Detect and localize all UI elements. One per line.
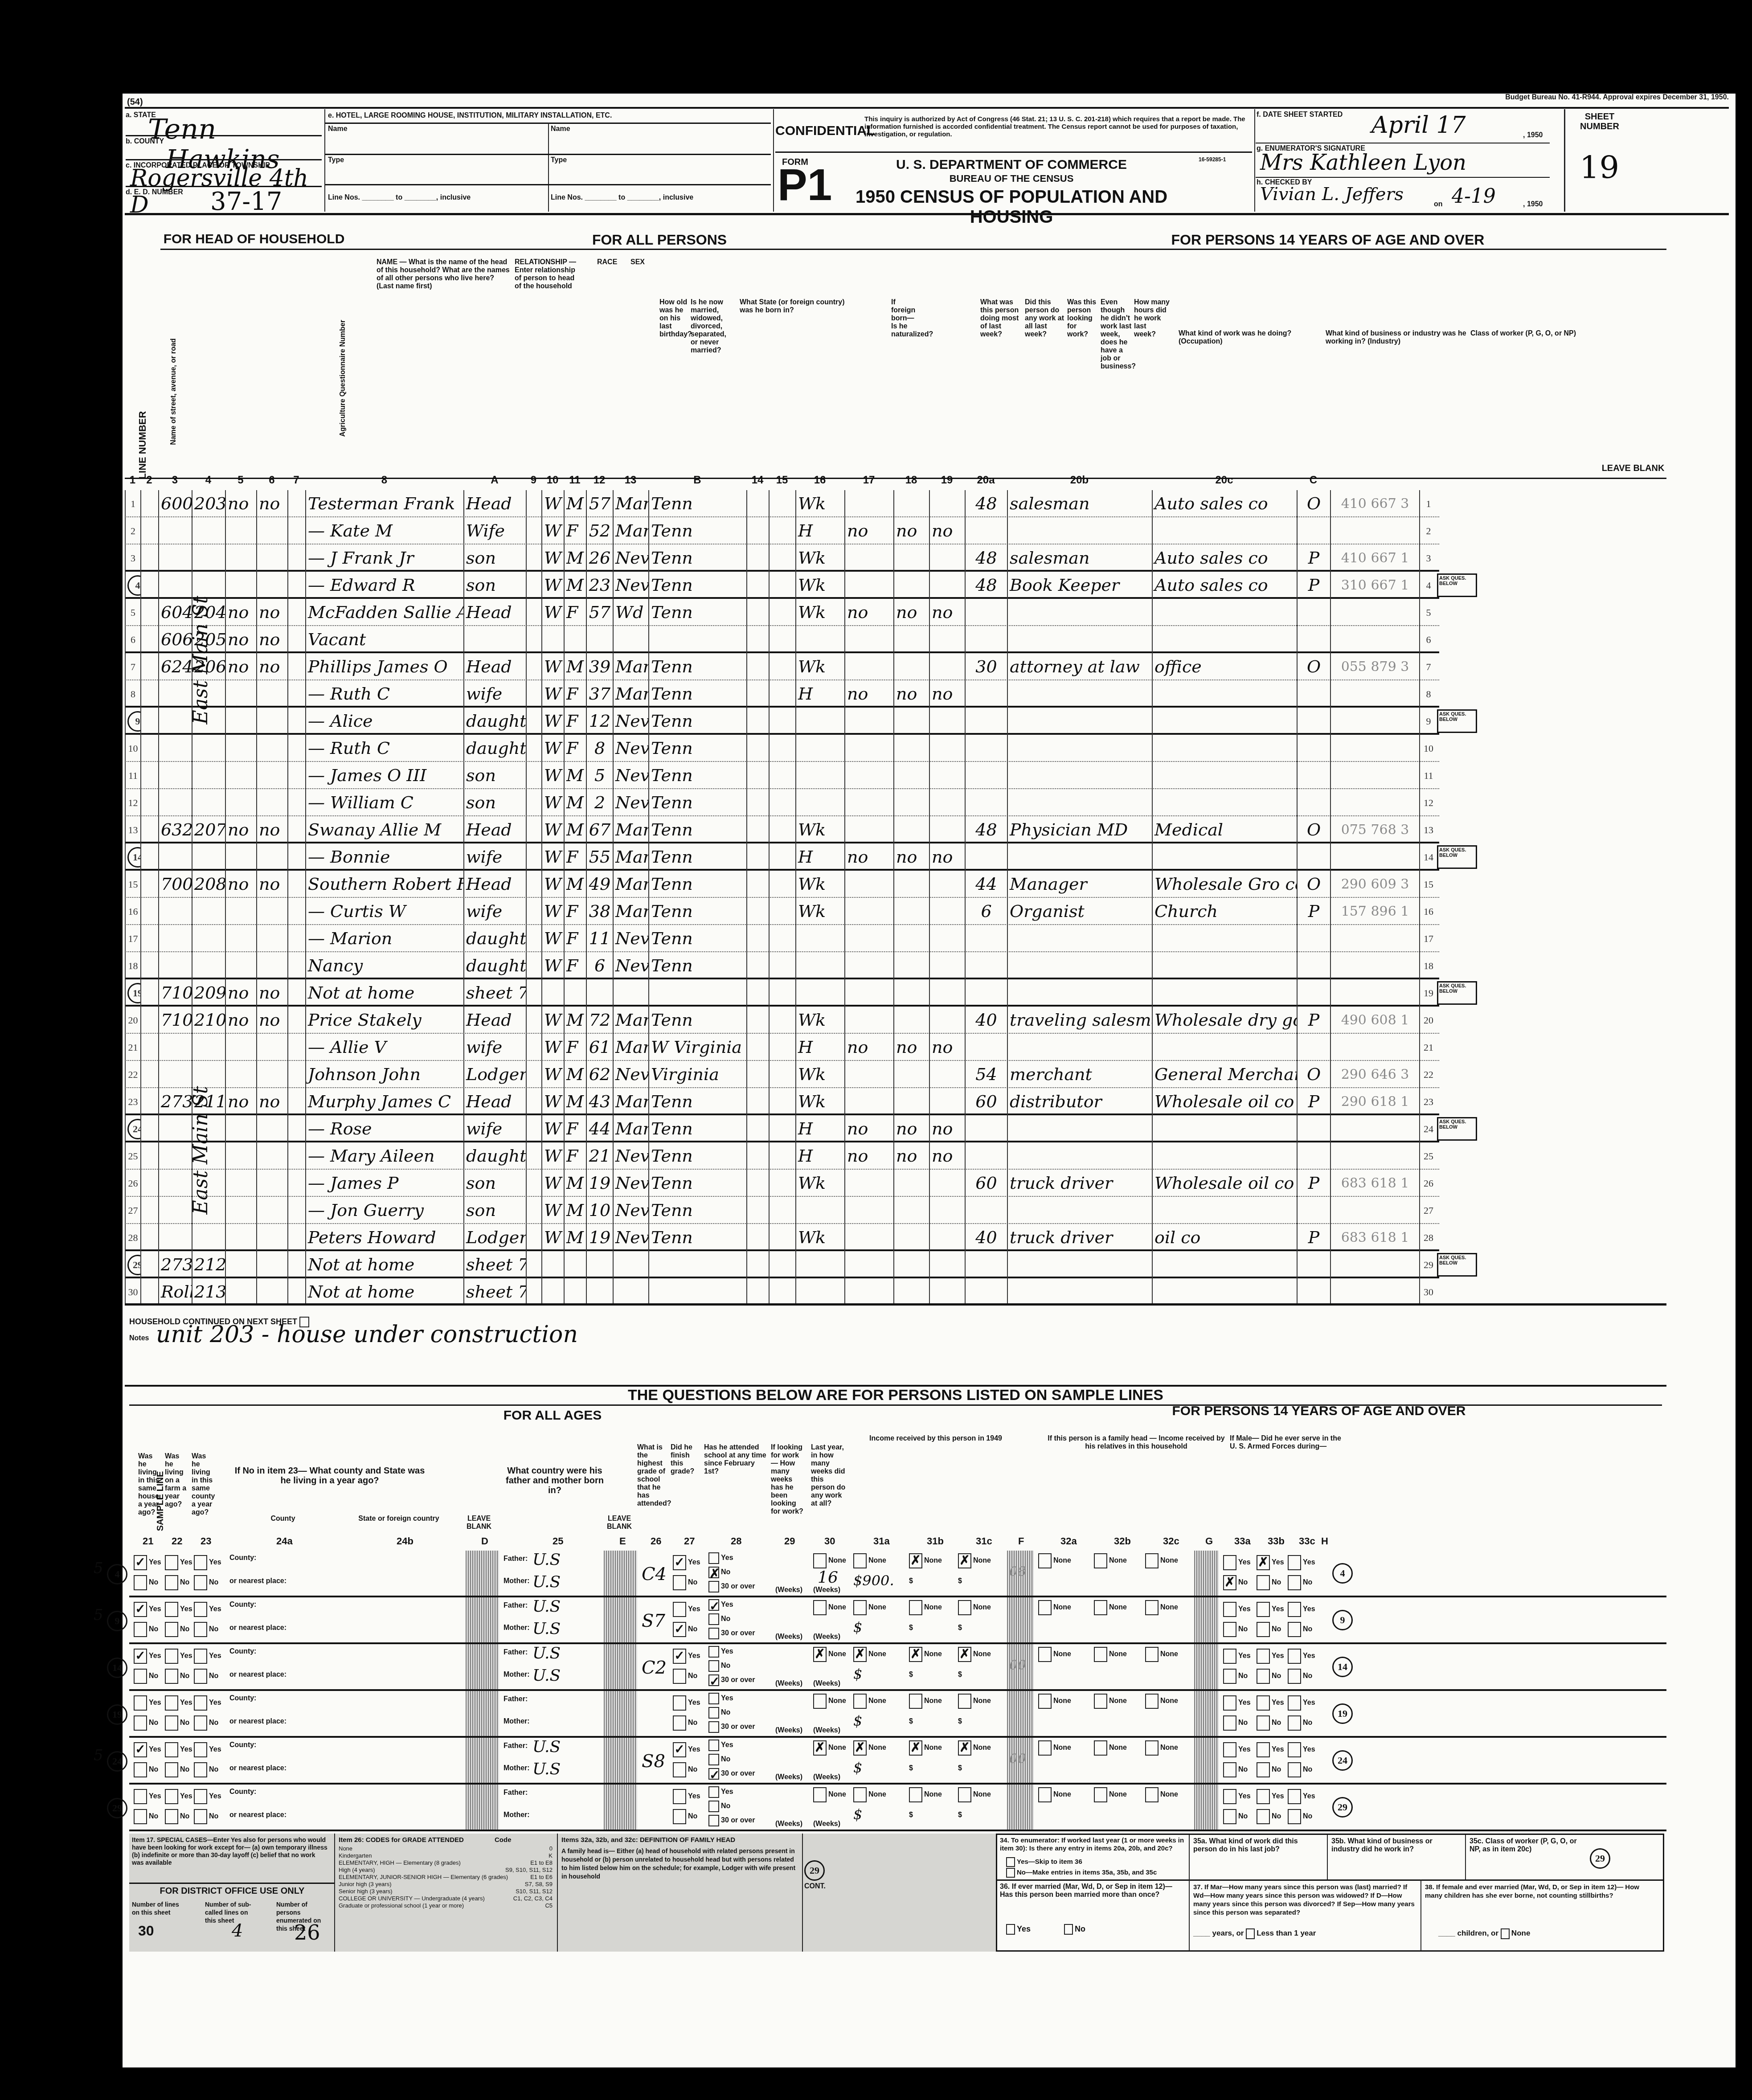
q33a-no[interactable]: ✗No [1223, 1575, 1248, 1590]
q28-yes[interactable]: Yes [708, 1693, 733, 1704]
col-17-label: Was this person looking for work? [1067, 299, 1098, 339]
cell-serial [192, 735, 225, 762]
cell-street [140, 898, 158, 925]
institution-type-label-1: Type [328, 156, 344, 164]
cell-c16 [844, 979, 893, 1007]
q27-no[interactable]: No [673, 1762, 697, 1777]
q21-yes[interactable]: Yes [134, 1695, 161, 1711]
sample-line-number-right: 29 [1332, 1797, 1353, 1818]
q32c-none[interactable]: None [1145, 1740, 1178, 1756]
q33a-yes[interactable]: Yes [1223, 1789, 1251, 1804]
q28-no[interactable]: No [708, 1707, 730, 1719]
q22-no[interactable]: No [165, 1669, 189, 1684]
cell-industry: office [1152, 653, 1297, 680]
q30-none[interactable]: ✗None [813, 1740, 846, 1756]
cell-street [140, 544, 158, 572]
q33c-no[interactable]: No [1288, 1715, 1312, 1731]
q31a-none[interactable]: None [853, 1787, 886, 1802]
q21-yes[interactable]: ✓Yes [134, 1602, 161, 1617]
q33c-yes[interactable]: Yes [1288, 1695, 1315, 1711]
cell-line: 14 [125, 843, 140, 871]
cell-agri [287, 1142, 305, 1170]
q28-yes[interactable]: ✓Yes [708, 1599, 733, 1611]
group-head-of-household: FOR HEAD OF HOUSEHOLD [160, 232, 348, 247]
q31a-none[interactable]: ✗None [853, 1740, 886, 1756]
cell-c16 [844, 1224, 893, 1251]
q27-yes[interactable]: Yes [673, 1789, 700, 1804]
sample-column-number: 23 [201, 1535, 211, 1547]
col-7-label: NAME — What is the name of the head of t… [377, 258, 510, 291]
q27-yes[interactable]: ✓Yes [673, 1649, 700, 1664]
cell-lnum2: 15 [1419, 871, 1437, 898]
q33a-no[interactable]: No [1223, 1622, 1248, 1637]
table-row: 23273211nonoMurphy James CHeadWM43MarTen… [125, 1088, 1439, 1115]
cell-marital: Nev [613, 735, 648, 762]
sample-line-number: 4 [107, 1564, 127, 1584]
table-row: 20710 apt2210nonoPrice StakelyHeadWM72Ma… [125, 1007, 1439, 1034]
cell-class [1297, 599, 1330, 626]
q32b-none[interactable]: None [1094, 1647, 1127, 1662]
q21-no[interactable]: No [134, 1715, 158, 1731]
q33b-no[interactable]: No [1257, 1809, 1281, 1824]
cell-code [1330, 680, 1419, 708]
col-28-label: Has he attended school at any time since… [704, 1444, 766, 1476]
cell-birthplace [648, 626, 746, 653]
q28-yes[interactable]: Yes [708, 1786, 733, 1798]
q32a-none[interactable]: None [1038, 1600, 1071, 1615]
cell-marital: Nev [613, 1197, 648, 1224]
cell-age: 2 [586, 789, 613, 816]
cell-A [526, 544, 541, 572]
cell-line: 20 [125, 1007, 140, 1034]
group-persons-14: FOR PERSONS 14 YEARS OF AGE AND OVER [994, 232, 1662, 248]
cell-age: 57 [586, 599, 613, 626]
cell-acres [256, 1034, 287, 1061]
q33a-yes[interactable]: Yes [1223, 1602, 1251, 1617]
q22-yes[interactable]: Yes [165, 1649, 192, 1664]
cell-name: Murphy James C [305, 1088, 463, 1115]
cell-code: 290 646 3 [1330, 1061, 1419, 1088]
cell-marital: Nev [613, 708, 648, 735]
sample-column-number: 32b [1114, 1535, 1131, 1547]
col-25-label: What country were his father and mother … [499, 1466, 610, 1495]
leave-blank-G [1194, 1738, 1219, 1783]
cell-occupation [1007, 680, 1152, 708]
q31c-none[interactable]: ✗None [958, 1740, 991, 1756]
q28-30-over[interactable]: 30 or over [708, 1721, 755, 1733]
q34-no[interactable]: No—Make entries in items 35a, 35b, and 3… [1006, 1868, 1157, 1878]
q31a-none[interactable]: None [853, 1600, 886, 1615]
q28-no[interactable]: No [708, 1801, 730, 1812]
cell-agri [287, 490, 305, 517]
cell-marital: Mar [613, 653, 648, 680]
q33c-yes[interactable]: Yes [1288, 1742, 1315, 1757]
q33a-yes[interactable]: Yes [1223, 1695, 1251, 1711]
q32c-none[interactable]: None [1145, 1600, 1178, 1615]
cell-sex: M [564, 544, 586, 572]
q23-yes[interactable]: Yes [194, 1695, 221, 1711]
cell-agri [287, 626, 305, 653]
cell-rel: son [463, 572, 526, 599]
q33c-no[interactable]: No [1288, 1669, 1312, 1684]
q22-no[interactable]: No [165, 1575, 189, 1590]
cell-c17 [893, 762, 929, 789]
q31b-none[interactable]: None [909, 1600, 942, 1615]
q21-yes[interactable]: ✓Yes [134, 1649, 161, 1664]
cell-marital: Mar [613, 843, 648, 871]
q28-yes[interactable]: Yes [708, 1740, 733, 1751]
q28-30-over[interactable]: 30 or over [708, 1628, 755, 1639]
q33b-yes[interactable]: Yes [1257, 1649, 1284, 1664]
cell-activity: Wk [795, 816, 844, 843]
q33b-no[interactable]: No [1257, 1575, 1281, 1590]
cell-industry: Auto sales co [1152, 572, 1297, 599]
cell-code: 310 667 1 [1330, 572, 1419, 599]
cell-c16 [844, 572, 893, 599]
q31b-dollar: $ [909, 1718, 913, 1726]
q33c-no[interactable]: No [1288, 1622, 1312, 1637]
q33c-no[interactable]: No [1288, 1809, 1312, 1824]
q23-yes[interactable]: Yes [194, 1555, 221, 1570]
cell-farm [225, 789, 256, 816]
q23-yes[interactable]: Yes [194, 1742, 221, 1757]
q28-30-over[interactable]: ✓30 or over [708, 1674, 755, 1686]
q28-no[interactable]: ✗No [708, 1567, 730, 1578]
cell-serial [192, 952, 225, 979]
cell-c16: no [844, 680, 893, 708]
q27-no[interactable]: ✓No [673, 1622, 697, 1637]
q28-yes[interactable]: Yes [708, 1552, 733, 1564]
q34-yes[interactable]: Yes—Skip to item 36 [1006, 1857, 1082, 1867]
grade-code-item: KindergartenK [339, 1852, 553, 1859]
q22-yes[interactable]: Yes [165, 1742, 192, 1757]
cell-marital: Mar [613, 871, 648, 898]
q33b-yes[interactable]: Yes [1257, 1742, 1284, 1757]
sample-group-all-ages: FOR ALL AGES [129, 1408, 976, 1423]
leave-blank-E [604, 1691, 637, 1736]
q30-none[interactable]: None [813, 1787, 846, 1802]
cell-street [140, 871, 158, 898]
cell-c18 [929, 816, 965, 843]
q22-yes[interactable]: Yes [165, 1602, 192, 1617]
cell-age [586, 626, 613, 653]
q21-yes[interactable]: Yes [134, 1789, 161, 1804]
q32b-none[interactable]: None [1094, 1600, 1127, 1615]
q33c-no[interactable]: No [1288, 1575, 1312, 1590]
cell-street [140, 653, 158, 680]
cell-hours: 6 [965, 898, 1007, 925]
q38-answer[interactable]: ____ children, or None [1438, 1928, 1530, 1939]
q33b-no[interactable]: No [1257, 1715, 1281, 1731]
q33a-no[interactable]: No [1223, 1715, 1248, 1731]
cell-street [140, 599, 158, 626]
column-number: B [648, 474, 746, 487]
q33b-no[interactable]: No [1257, 1762, 1281, 1777]
column-number: 20a [965, 474, 1007, 487]
cell-rel: wife [463, 898, 526, 925]
q27-no[interactable]: No [673, 1669, 697, 1684]
cell-rel: Wife [463, 517, 526, 544]
q30-none[interactable]: None [813, 1600, 846, 1615]
cell-age [586, 979, 613, 1007]
q30-weeks-worked: 16 [818, 1568, 838, 1587]
sample-column-number: 33a [1234, 1535, 1251, 1547]
sample-line-marker: 19 [127, 983, 140, 1003]
q31c-none[interactable]: ✗None [958, 1647, 991, 1662]
cell-age: 72 [586, 1007, 613, 1034]
cell-marital: Nev [613, 762, 648, 789]
q32a-none[interactable]: None [1038, 1787, 1071, 1802]
cell-sex: F [564, 1115, 586, 1142]
q36-no[interactable]: No [1064, 1924, 1085, 1935]
cell-marital: Nev [613, 1061, 648, 1088]
q33c-yes[interactable]: Yes [1288, 1555, 1315, 1570]
q22-no[interactable]: No [165, 1622, 189, 1637]
q28-no[interactable]: No [708, 1613, 730, 1625]
q24a-nearest-label: or nearest place: [229, 1764, 296, 1773]
q23-no[interactable]: No [194, 1575, 218, 1590]
q32c-none[interactable]: None [1145, 1647, 1178, 1662]
q31b-none[interactable]: None [909, 1694, 942, 1709]
q31a-none[interactable]: ✗None [853, 1647, 886, 1662]
q32b-none[interactable]: None [1094, 1787, 1127, 1802]
cell-rel: daughter [463, 952, 526, 979]
q33c-yes[interactable]: Yes [1288, 1789, 1315, 1804]
q32a-none[interactable]: None [1038, 1740, 1071, 1756]
q31b-dollar: $ [909, 1764, 913, 1773]
q31c-none[interactable]: None [958, 1787, 991, 1802]
q33a-no[interactable]: No [1223, 1809, 1248, 1824]
cell-activity [795, 735, 844, 762]
q23-no[interactable]: No [194, 1715, 218, 1731]
cell-B [746, 708, 769, 735]
q31c-none[interactable]: None [958, 1600, 991, 1615]
sample-column-number: 30 [824, 1535, 835, 1547]
q21-yes[interactable]: ✓Yes [134, 1742, 161, 1757]
q23-yes[interactable]: Yes [194, 1602, 221, 1617]
col-24b-label: State or foreign country [343, 1515, 454, 1523]
cell-occupation: Manager [1007, 871, 1152, 898]
q32c-none[interactable]: None [1145, 1553, 1178, 1568]
cell-A [526, 1061, 541, 1088]
cell-nat [769, 871, 795, 898]
cell-B [746, 653, 769, 680]
cell-lnum2: 30 [1419, 1278, 1437, 1306]
q31c-none[interactable]: ✗None [958, 1553, 991, 1568]
cell-lnum2: 23 [1419, 1088, 1437, 1115]
cell-class [1297, 952, 1330, 979]
q32c-none[interactable]: None [1145, 1787, 1178, 1802]
cell-hours [965, 952, 1007, 979]
cell-race [541, 1251, 564, 1278]
q33c-no[interactable]: No [1288, 1762, 1312, 1777]
district-office-label: FOR DISTRICT OFFICE USE ONLY [132, 1886, 332, 1896]
cell-street [140, 626, 158, 653]
q32b-none[interactable]: None [1094, 1740, 1127, 1756]
q23-no[interactable]: No [194, 1622, 218, 1637]
q22-yes[interactable]: Yes [165, 1555, 192, 1570]
cell-house: Rolling 212 [158, 1278, 192, 1306]
cell-agri [287, 1115, 305, 1142]
q31c-none[interactable]: None [958, 1694, 991, 1709]
q31a-none[interactable]: None [853, 1553, 886, 1568]
q27-no[interactable]: No [673, 1809, 697, 1824]
q33b-yes[interactable]: ✗Yes [1257, 1555, 1284, 1570]
cell-house [158, 1224, 192, 1251]
cell-rel: son [463, 1197, 526, 1224]
cell-A [526, 1007, 541, 1034]
q33a-no[interactable]: No [1223, 1669, 1248, 1684]
q28-no[interactable]: No [708, 1754, 730, 1765]
cell-marital: Mar [613, 517, 648, 544]
cell-class: O [1297, 871, 1330, 898]
q22-no[interactable]: No [165, 1809, 189, 1824]
q37-answer[interactable]: ____ years, or Less than 1 year [1193, 1928, 1316, 1939]
q31b-none[interactable]: ✗None [909, 1647, 942, 1662]
cell-class [1297, 843, 1330, 871]
cell-race: W [541, 898, 564, 925]
q30-none[interactable]: None [813, 1553, 846, 1568]
table-row: 14— BonniewifeWF55MarTennHnonono14ASK QU… [125, 843, 1439, 871]
q27-yes[interactable]: ✓Yes [673, 1742, 700, 1757]
q21-no[interactable]: No [134, 1762, 158, 1777]
q33b-yes[interactable]: Yes [1257, 1789, 1284, 1804]
cell-race: W [541, 1115, 564, 1142]
cell-class: P [1297, 1170, 1330, 1197]
q21-no[interactable]: No [134, 1809, 158, 1824]
cell-race: W [541, 490, 564, 517]
q27-no[interactable]: No [673, 1715, 697, 1731]
q30-none[interactable]: ✗None [813, 1647, 846, 1662]
cell-c18: no [929, 1142, 965, 1170]
q23-no[interactable]: No [194, 1809, 218, 1824]
q22-yes[interactable]: Yes [165, 1695, 192, 1711]
q32a-none[interactable]: None [1038, 1647, 1071, 1662]
col-32-label: If this person is a family head — Income… [1047, 1435, 1225, 1451]
cell-hours: 48 [965, 816, 1007, 843]
q33a-yes[interactable]: Yes [1223, 1742, 1251, 1757]
q33a-yes[interactable]: Yes [1223, 1555, 1251, 1570]
q33c-yes[interactable]: Yes [1288, 1649, 1315, 1664]
cell-name: — Marion [305, 925, 463, 952]
cell-A [526, 1278, 541, 1306]
q27-yes[interactable]: Yes [673, 1602, 700, 1617]
cell-B [746, 789, 769, 816]
ask-ques-below-badge: ASK QUES. BELOW [1437, 573, 1477, 597]
cell-race [541, 626, 564, 653]
q28-30-over[interactable]: 30 or over [708, 1581, 755, 1592]
q31b-none[interactable]: None [909, 1787, 942, 1802]
cell-activity [795, 952, 844, 979]
cell-nat [769, 517, 795, 544]
cell-race: W [541, 925, 564, 952]
cell-c17 [893, 572, 929, 599]
q28-30-over[interactable]: ✓30 or over [708, 1768, 755, 1780]
q32b-none[interactable]: None [1094, 1553, 1127, 1568]
q32c-none[interactable]: None [1145, 1694, 1178, 1709]
cell-name: — Jon Guerry [305, 1197, 463, 1224]
cell-farm: no [225, 653, 256, 680]
cell-agri [287, 925, 305, 952]
q33b-no[interactable]: No [1257, 1669, 1281, 1684]
cell-activity: Wk [795, 572, 844, 599]
q21-yes[interactable]: ✓Yes [134, 1555, 161, 1570]
q21-no[interactable]: No [134, 1669, 158, 1684]
cell-farm [225, 762, 256, 789]
q31a-none[interactable]: None [853, 1694, 886, 1709]
cell-race [541, 979, 564, 1007]
q31b-none[interactable]: ✗None [909, 1740, 942, 1756]
q33c-yes[interactable]: Yes [1288, 1602, 1315, 1617]
q33b-yes[interactable]: Yes [1257, 1602, 1284, 1617]
q23-yes[interactable]: Yes [194, 1789, 221, 1804]
cell-hours: 60 [965, 1170, 1007, 1197]
cell-occupation: salesman [1007, 490, 1152, 517]
cell-marital: Mar [613, 1088, 648, 1115]
q21-no[interactable]: No [134, 1622, 158, 1637]
q27-yes[interactable]: ✓Yes [673, 1555, 700, 1570]
sample-column-number: 33b [1268, 1535, 1285, 1547]
q28-30-over[interactable]: 30 or over [708, 1815, 755, 1826]
cell-lnum2: 1 [1419, 490, 1437, 517]
cell-line: 8 [125, 680, 140, 708]
q32b-none[interactable]: None [1094, 1694, 1127, 1709]
q32a-none[interactable]: None [1038, 1694, 1071, 1709]
table-row: 22Johnson JohnLodgerWM62NevVirginiaWk54m… [125, 1061, 1439, 1088]
leave-blank-F [1007, 1597, 1034, 1642]
cell-c17 [893, 979, 929, 1007]
q22-no[interactable]: No [165, 1715, 189, 1731]
cell-sex: F [564, 735, 586, 762]
q33b-yes[interactable]: Yes [1257, 1695, 1284, 1711]
cell-age: 39 [586, 653, 613, 680]
q32a-none[interactable]: None [1038, 1553, 1071, 1568]
county-label: b. COUNTY [126, 138, 164, 146]
q31b-none[interactable]: ✗None [909, 1553, 942, 1568]
table-row: 9— AlicedaughterWF12NevTenn9ASK QUES. BE… [125, 708, 1439, 735]
cell-race: W [541, 871, 564, 898]
cell-industry [1152, 1142, 1297, 1170]
cell-activity: Wk [795, 544, 844, 572]
q33a-no[interactable]: No [1223, 1762, 1248, 1777]
q21-no[interactable]: No [134, 1575, 158, 1590]
q27-yes[interactable]: Yes [673, 1695, 700, 1711]
q30-weeks-label: (Weeks) [813, 1727, 840, 1735]
leave-blank-D [466, 1597, 499, 1642]
cont-label: CONT. [804, 1883, 826, 1891]
q22-yes[interactable]: Yes [165, 1789, 192, 1804]
q23-no[interactable]: No [194, 1762, 218, 1777]
column-number: 11 [564, 474, 586, 487]
q23-no[interactable]: No [194, 1669, 218, 1684]
cell-acres [256, 572, 287, 599]
q28-yes[interactable]: Yes [708, 1646, 733, 1658]
cell-birthplace: Tenn [648, 490, 746, 517]
q36-yes[interactable]: Yes [1006, 1924, 1031, 1935]
sample-prefix: 5 [94, 1560, 103, 1577]
cell-class: P [1297, 1007, 1330, 1034]
q23-yes[interactable]: Yes [194, 1649, 221, 1664]
q30-none[interactable]: None [813, 1694, 846, 1709]
q22-no[interactable]: No [165, 1762, 189, 1777]
cell-acres [256, 544, 287, 572]
q28-no[interactable]: No [708, 1660, 730, 1672]
page-code: (54) [127, 97, 143, 107]
cell-line: 10 [125, 735, 140, 762]
q33b-no[interactable]: No [1257, 1622, 1281, 1637]
q27-no[interactable]: No [673, 1575, 697, 1590]
q33a-yes[interactable]: Yes [1223, 1649, 1251, 1664]
